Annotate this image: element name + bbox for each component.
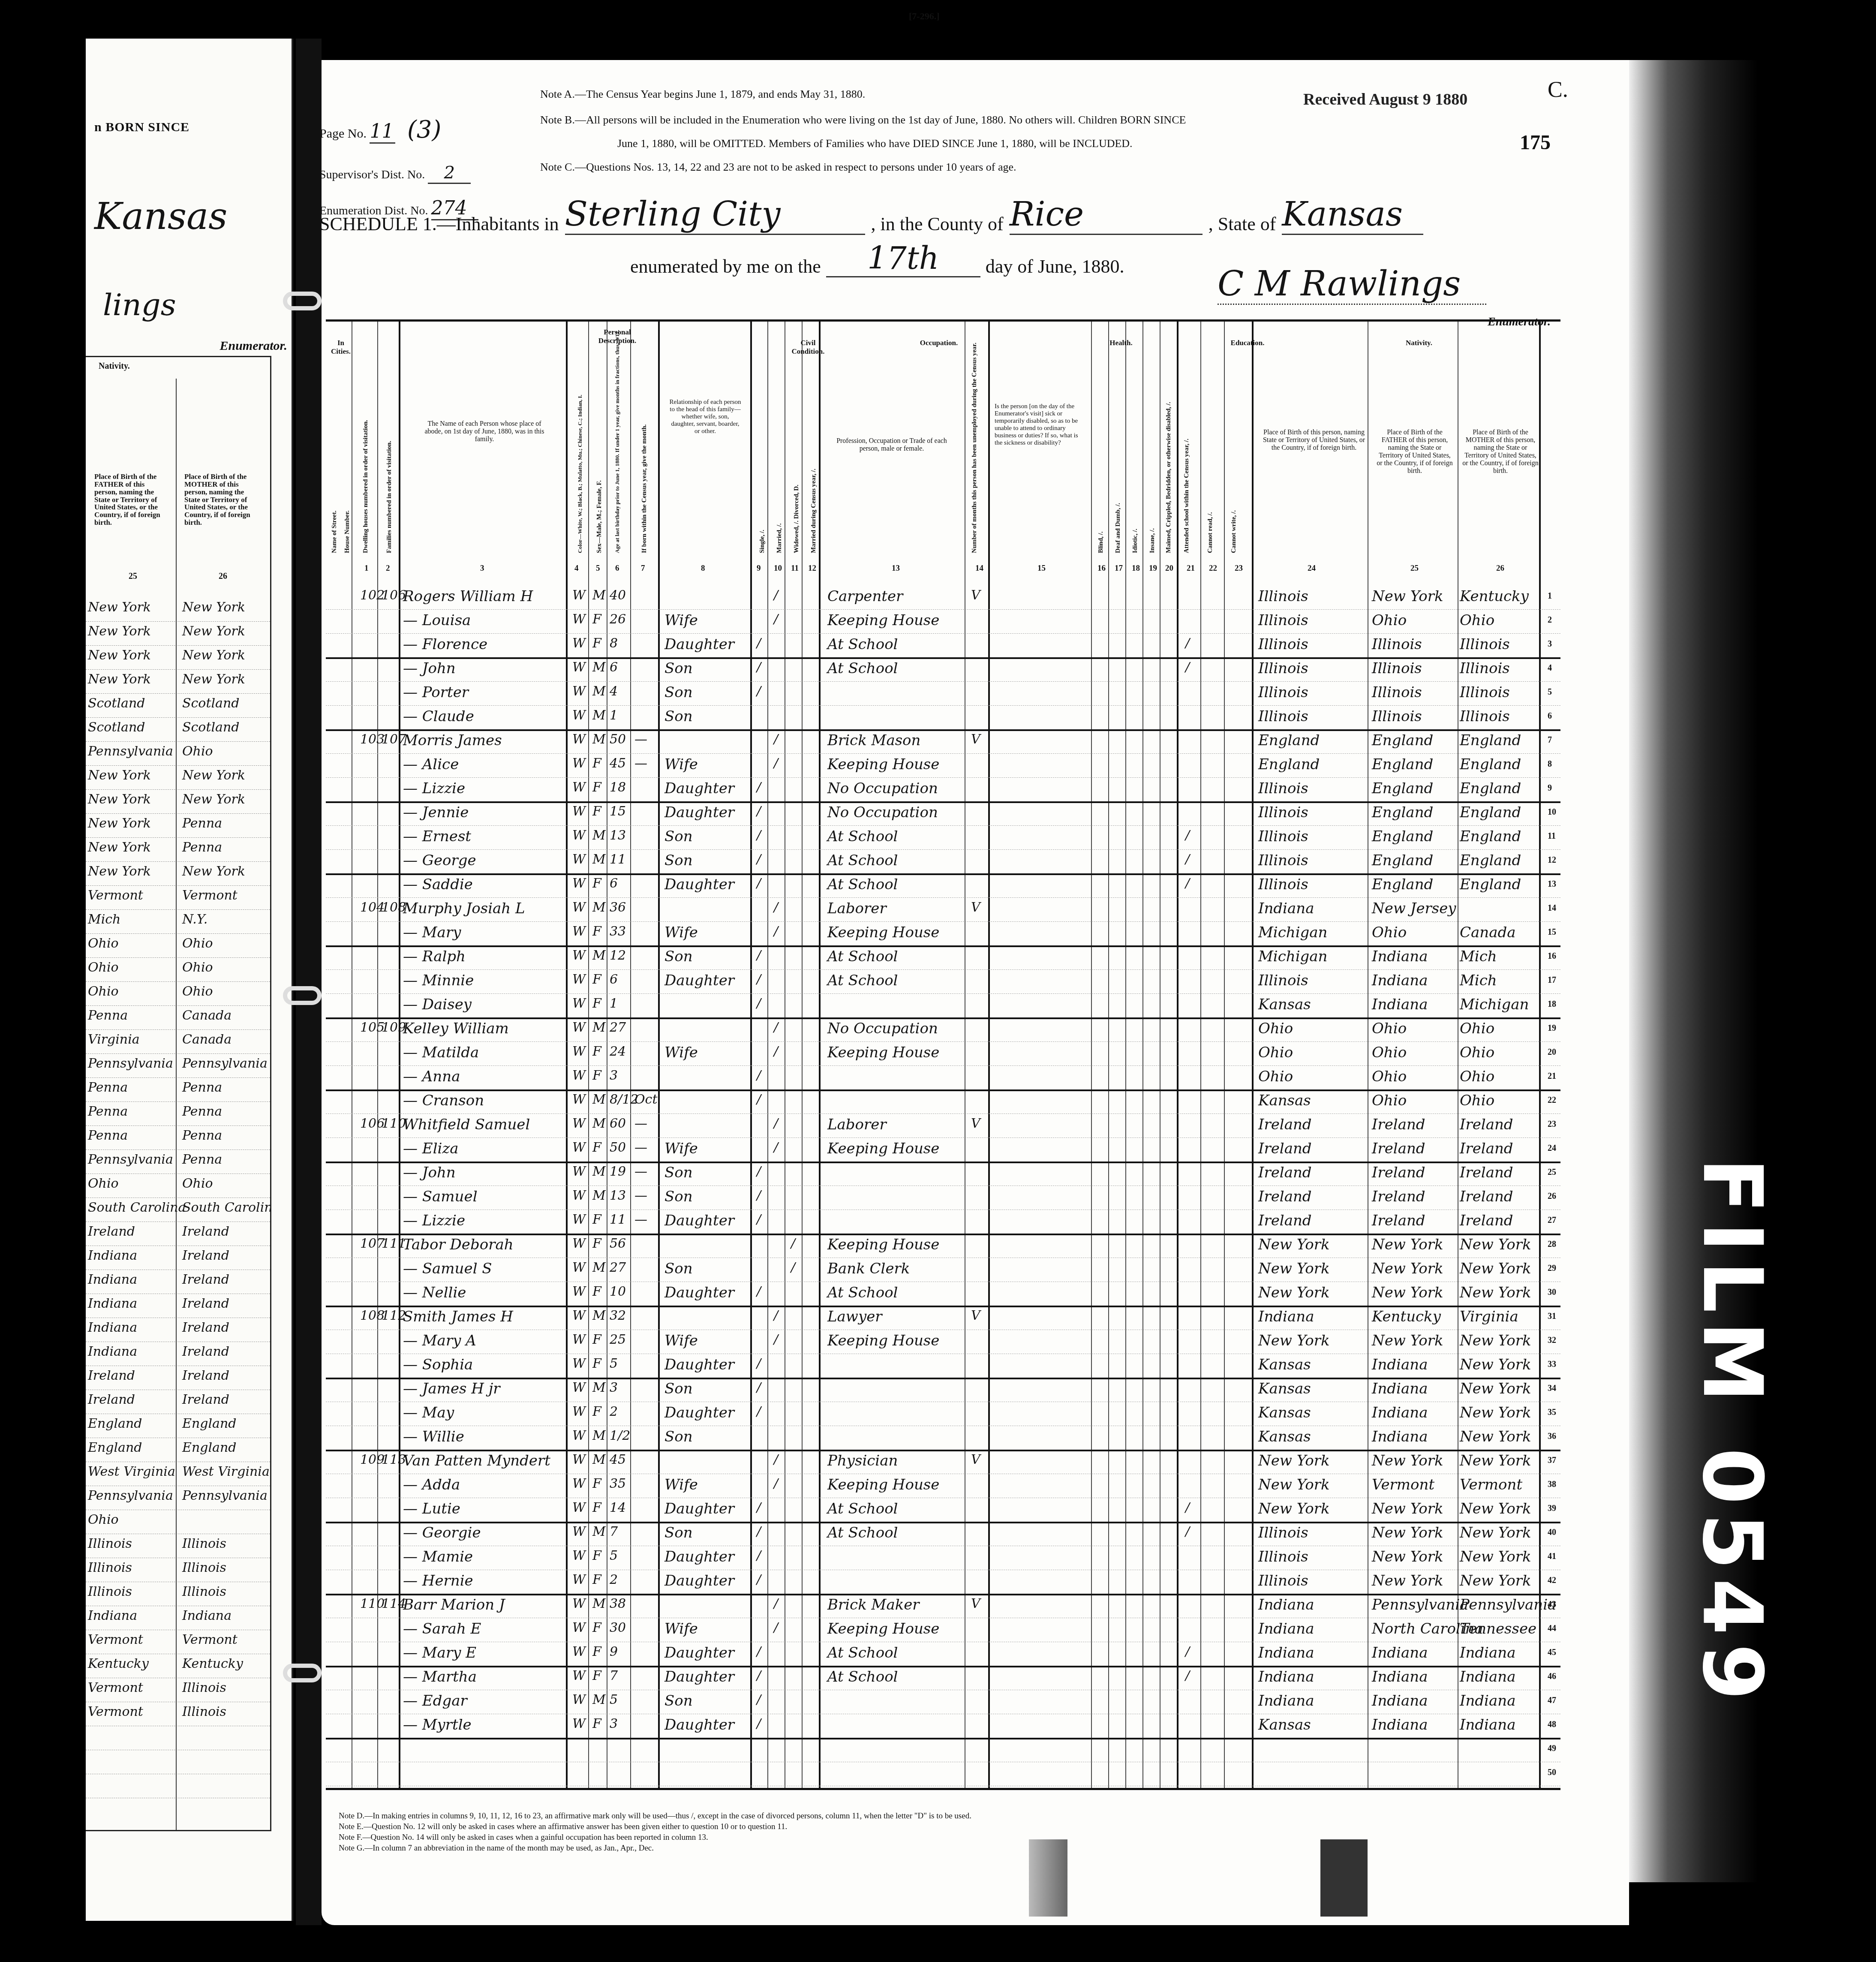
cell-sex: M [592,1308,606,1323]
film-artifact [1029,1839,1067,1917]
line-number: 10 [1548,807,1556,817]
cell-age: 1 [610,996,618,1011]
cell-occupation: At School [827,1668,898,1685]
cell-age: 27 [610,1020,626,1035]
column-number: 20 [1165,564,1173,573]
cell-school: / [1185,1524,1190,1539]
cell-married: / [774,924,778,939]
cell-mother-birth: Illinois [1460,660,1510,677]
cell-relation: Son [664,1164,693,1181]
left-table-row: KentuckyKentucky45 [86,1654,270,1678]
cell-birthplace: Illinois [1258,780,1308,797]
cell-age: 35 [610,1476,626,1491]
header-c10: Married, /. [776,484,783,553]
cell-sex: F [592,996,601,1011]
line-number: 36 [1548,1432,1556,1441]
cell-mother-birth: New York [1460,1548,1531,1565]
cell-mother-birth: Ireland [182,1296,229,1311]
cell-sex: F [592,1068,601,1083]
cell-relation: Daughter [664,1212,734,1229]
line-number: 27 [1548,1216,1556,1225]
received-stamp: Received August 9 1880 [1303,90,1467,109]
column-number: 1 [364,564,369,573]
cell-color: W [572,1116,586,1131]
cell-sex: F [592,1404,601,1419]
left-table-row: PennsylvaniaPenna24 [86,1150,270,1174]
cell-father-birth: Pennsylvania [1372,1596,1468,1613]
cell-father-birth: New York [88,840,151,855]
cell-age: 13 [610,828,626,843]
left-table-row: OhioOhio17 [86,981,270,1006]
cell-unemployed: V [971,1308,980,1323]
cell-name: Whitfield Samuel [403,1116,530,1133]
state-label: , State of [1209,213,1276,235]
table-row: 17— MinnieWF6Daughter/At SchoolIllinoisI… [326,969,1560,994]
cell-mother-birth: New York [182,864,245,879]
cell-married: / [774,900,778,915]
cell-name: — Matilda [403,1044,479,1061]
cell-birthplace: Indiana [1258,1596,1314,1613]
cell-occupation: At School [827,1500,898,1517]
cell-mother-birth: Ireland [182,1368,229,1383]
table-row: 38— AddaWF35Wife/Keeping HouseNew YorkVe… [326,1474,1560,1498]
page-no-label: Page No. [319,126,367,141]
cell-sex: F [592,1716,601,1731]
cell-sex: M [592,1380,606,1395]
cell-father-birth: New York [88,816,151,831]
cell-father-birth: Indiana [88,1272,137,1287]
cell-mother-birth: Ohio [1460,612,1494,629]
line-number: 7 [1548,735,1552,745]
header-c16: Blind, /. [1097,502,1105,553]
cell-widowed: / [791,1236,795,1251]
column-number: 10 [774,564,782,573]
page-no-alt: (3) [407,116,441,144]
left-table-row: PennsylvaniaOhio7 [86,741,270,766]
cell-sex: F [592,804,601,819]
line-number: 17 [1548,975,1556,985]
table-row: 42— HernieWF2Daughter/IllinoisNew YorkNe… [326,1570,1560,1595]
table-row: 14104108Murphy Josiah LWM36/LaborerVIndi… [326,897,1560,922]
cell-father-birth: Pennsylvania [88,1152,173,1167]
left-col25-num: 25 [129,572,137,581]
cell-name: Van Patten Myndert [403,1452,550,1469]
cell-relation: Son [664,1524,693,1541]
cell-birthplace: Ireland [1258,1140,1312,1157]
table-row: 33— SophiaWF5Daughter/KansasIndianaNew Y… [326,1354,1560,1379]
cell-father-birth: Penna [88,1080,128,1095]
left-col26-header: Place of Birth of the MOTHER of this per… [184,473,257,527]
cell-father-birth: New York [88,648,151,663]
cell-father-birth: Ohio [1372,612,1407,629]
cell-mother-birth: Ireland [1460,1140,1513,1157]
cell-father-birth: Ireland [1372,1212,1425,1229]
cell-color: W [572,1524,586,1539]
cell-mother-birth: Canada [182,1008,231,1023]
cell-school: / [1185,636,1190,651]
cell-married: / [774,1044,778,1059]
cell-birthplace: Illinois [1258,612,1308,629]
header-c5: Sex—Male, M.; Female, F. [596,399,603,553]
cell-name: — Cranson [403,1092,484,1109]
date-suffix: day of June, 1880. [986,256,1124,277]
cell-birthplace: Indiana [1258,1620,1314,1637]
cell-birthplace: England [1258,732,1320,749]
cell-single: / [757,636,761,651]
cell-age: 3 [610,1380,618,1395]
cell-color: W [572,900,586,915]
supervisor-field: Supervisor's Dist. No. 2 [319,163,471,184]
cell-month: — [634,756,647,771]
cell-single: / [757,948,761,963]
cell-name: — John [403,660,456,677]
cell-color: W [572,1284,586,1299]
cell-mother-birth: New York [182,624,245,639]
cell-sex: F [592,1140,601,1155]
cell-relation: Son [664,708,693,725]
cell-family: 112 [382,1308,406,1323]
line-number: 13 [1548,879,1556,889]
cell-mother-birth: England [1460,780,1521,797]
cell-name: — Hernie [403,1572,473,1589]
cell-sex: M [592,1260,606,1275]
cell-father-birth: Kentucky [88,1656,149,1671]
column-number: 17 [1115,564,1123,573]
cell-name: Barr Marion J [403,1596,505,1613]
table-row: 20— MatildaWF24Wife/Keeping HouseOhioOhi… [326,1041,1560,1066]
cell-mother-birth: New York [182,672,245,687]
cell-age: 15 [610,804,626,819]
cell-single: / [757,996,761,1011]
table-row: 34— James H jrWM3Son/KansasIndianaNew Yo… [326,1378,1560,1402]
cell-birthplace: Kansas [1258,1716,1311,1733]
cell-age: 5 [610,1692,618,1707]
group-education: Education. [1226,339,1269,347]
cell-age: 1/2 [610,1428,630,1443]
cell-month: — [634,1116,647,1131]
cell-father-birth: New York [88,792,151,807]
cell-mother-birth: Ireland [1460,1212,1513,1229]
cell-father-birth: Penna [88,1008,128,1023]
cell-married: / [774,612,778,627]
cell-name: — Eliza [403,1140,459,1157]
header-c6: Age at last birthday prior to June 1, 18… [614,360,621,553]
left-table-row: ScotlandScotland6 [86,717,270,742]
cell-married: / [774,732,778,747]
left-table-row: IllinoisIllinois42 [86,1582,270,1606]
cell-single: / [757,1716,761,1731]
cell-relation: Daughter [664,1404,734,1421]
table-row: 41— MamieWF5Daughter/IllinoisNew YorkNew… [326,1546,1560,1570]
cell-father-birth: England [1372,852,1433,869]
column-number: 8 [701,564,705,573]
cell-birthplace: Ohio [1258,1044,1293,1061]
left-table-row: MichN.Y.14 [86,909,270,934]
cell-unemployed: V [971,732,980,747]
cell-color: W [572,1404,586,1419]
cell-relation: Son [664,852,693,869]
cell-relation: Son [664,948,693,965]
cell-father-birth: New York [1372,588,1443,605]
cell-name: — Daisey [403,996,472,1013]
line-number: 20 [1548,1047,1556,1057]
cell-mother-birth: Scotland [182,720,239,735]
line-number: 42 [1548,1576,1556,1586]
cell-mother-birth: Virginia [1460,1308,1518,1325]
left-table-row: IllinoisIllinois41 [86,1558,270,1582]
cell-relation: Wife [664,612,698,629]
cell-sex: M [592,1596,606,1611]
cell-mother-birth: Ohio [1460,1068,1494,1085]
cell-month: Oct [634,1092,657,1107]
cell-name: — George [403,852,476,869]
table-row: 10— JennieWF15Daughter/No OccupationIlli… [326,801,1560,826]
cell-sex: F [592,612,601,627]
left-state-fragment: Kansas [94,195,227,238]
cell-father-birth: New York [1372,1524,1443,1541]
cell-color: W [572,1716,586,1731]
left-table-row: Ohio39 [86,1510,270,1534]
table-row: 7103107Morris JamesWM50—/Brick MasonVEng… [326,729,1560,754]
cell-single: / [757,1068,761,1083]
cell-mother-birth: New York [182,648,245,663]
cell-birthplace: Illinois [1258,1548,1308,1565]
cell-name: — Sarah E [403,1620,481,1637]
cell-age: 60 [610,1116,626,1131]
left-table-row: PennsylvaniaPennsylvania38 [86,1486,270,1510]
cell-color: W [572,1308,586,1323]
cell-relation: Daughter [664,780,734,797]
cell-relation: Wife [664,1476,698,1493]
cell-mother-birth: Indiana [1460,1692,1515,1709]
cell-married: / [774,1308,778,1323]
cell-father-birth: Indiana [1372,1644,1428,1661]
cell-age: 9 [610,1644,618,1659]
line-number: 40 [1548,1528,1556,1538]
left-table-row: EnglandEngland35 [86,1414,270,1438]
cell-color: W [572,852,586,867]
cell-mother-birth: New York [1460,1572,1531,1589]
header-c26: Place of Birth of the MOTHER of this per… [1462,429,1539,475]
left-table-row: OhioOhio15 [86,933,270,958]
cell-father-birth: Ohio [1372,1068,1407,1085]
cell-single: / [757,972,761,987]
cell-sex: F [592,780,601,795]
cell-father-birth: England [1372,732,1433,749]
cell-occupation: Keeping House [827,1476,939,1493]
cell-mother-birth: Ireland [1460,1116,1513,1133]
cell-father-birth: Penna [88,1104,128,1119]
cell-mother-birth: Kentucky [1460,588,1529,605]
cell-father-birth: Indiana [1372,1356,1428,1373]
cell-mother-birth: England [1460,852,1521,869]
cell-birthplace: New York [1258,1476,1330,1493]
cell-birthplace: Indiana [1258,1668,1314,1685]
cell-occupation: Carpenter [827,588,903,605]
cell-father-birth: Vermont [88,1704,143,1719]
cell-mother-birth: Penna [182,1152,222,1167]
cell-birthplace: Ohio [1258,1020,1293,1037]
supervisor-label: Supervisor's Dist. No. [319,168,425,181]
cell-father-birth: South Carolina [88,1200,186,1215]
note-a: Note A.—The Census Year begins June 1, 1… [540,88,865,101]
left-table-row: IndianaIreland31 [86,1318,270,1342]
cell-mother-birth: Penna [182,1080,222,1095]
left-table-row: VirginiaCanada19 [86,1029,270,1054]
cell-mother-birth: New York [1460,1524,1531,1541]
table-row: 48— MyrtleWF3Daughter/KansasIndianaIndia… [326,1714,1560,1739]
cell-single: / [757,1692,761,1707]
table-row: 11— ErnestWM13Son/At School/IllinoisEngl… [326,825,1560,850]
left-table-row: OhioOhio16 [86,957,270,982]
line-number: 35 [1548,1408,1556,1417]
cell-unemployed: V [971,588,980,603]
column-number: 14 [975,564,983,573]
table-row: 45— Mary EWF9Daughter/At School/IndianaI… [326,1642,1560,1667]
cell-father-birth: Ireland [1372,1164,1425,1181]
table-row: 46— MarthaWF7Daughter/At School/IndianaI… [326,1666,1560,1690]
cell-age: 2 [610,1572,618,1587]
line-number: 50 [1548,1768,1556,1778]
column-number: 25 [1410,564,1419,573]
cell-name: — Alice [403,756,459,773]
cell-occupation: At School [827,1284,898,1301]
cell-father-birth: Ireland [1372,1116,1425,1133]
cell-name: — Ralph [403,948,466,965]
left-table-row: IndianaIreland32 [86,1342,270,1366]
binding-ring [283,292,322,310]
header-c8: Relationship of each person to the head … [669,399,742,435]
left-table-row: EnglandEngland36 [86,1438,270,1462]
left-table-row: VermontIllinois46 [86,1678,270,1702]
cell-mother-birth: Illinois [1460,684,1510,701]
line-number: 1 [1548,591,1552,601]
table-row: 22— CransonWM8/12Oct/KansasOhioOhio [326,1089,1560,1114]
cell-occupation: No Occupation [827,804,938,821]
line-number: 34 [1548,1384,1556,1393]
cell-single: / [757,828,761,843]
left-table-row: VermontVermont13 [86,885,270,910]
cell-birthplace: Ireland [1258,1116,1312,1133]
cell-mother-birth: West Virginia [182,1464,270,1479]
cell-age: 8 [610,636,618,651]
column-number: 22 [1209,564,1217,573]
cell-mother-birth: Illinois [182,1560,226,1575]
cell-color: W [572,1260,586,1275]
header-c14: Number of months this person has been un… [971,360,978,553]
cell-color: W [572,732,586,747]
left-facing-page: n BORN SINCE Kansas lings Enumerator. Na… [86,39,293,1921]
column-number: 5 [596,564,600,573]
cell-name: — Florence [403,636,487,653]
cell-married: / [774,1332,778,1347]
cell-father-birth: Illinois [1372,684,1422,701]
cell-name: — Mary A [403,1332,476,1349]
header-c2: Families numbered in order of visitation… [386,364,393,553]
cell-sex: M [592,852,606,867]
cell-age: 12 [610,948,626,963]
line-number: 12 [1548,855,1556,865]
cell-married: / [774,1116,778,1131]
cell-age: 3 [610,1068,618,1083]
schedule-line: SCHEDULE 1.—Inhabitants in Sterling City… [319,195,1423,235]
cell-father-birth: Illinois [88,1584,132,1599]
cell-relation: Daughter [664,1572,734,1589]
cell-name: — Lizzie [403,780,465,797]
cell-occupation: Keeping House [827,1332,939,1349]
left-table-row: IndianaIndiana43 [86,1606,270,1630]
cell-mother-birth: Mich [1460,972,1497,989]
left-enumerator-label: Enumerator. [219,339,287,353]
cell-father-birth: New York [1372,1236,1443,1253]
left-table-row: VermontIllinois47 [86,1702,270,1726]
cell-occupation: Keeping House [827,612,939,629]
cell-relation: Wife [664,924,698,941]
table-row: 29— Samuel SWM27Son/Bank ClerkNew YorkNe… [326,1258,1560,1282]
cell-name: — May [403,1404,454,1421]
cell-name: — Lutie [403,1500,460,1517]
cell-birthplace: New York [1258,1260,1330,1277]
left-table-row: New YorkNew York12 [86,861,270,886]
cell-father-birth: Ohio [88,960,119,975]
line-number: 31 [1548,1312,1556,1321]
cell-father-birth: Indiana [1372,1428,1428,1445]
table-row: 18— DaiseyWF1/KansasIndianaMichigan [326,993,1560,1019]
line-number: 32 [1548,1336,1556,1345]
line-number: 19 [1548,1023,1556,1033]
table-row: 49 [326,1738,1560,1762]
cell-mother-birth: England [1460,876,1521,893]
cell-mother-birth: Penna [182,816,222,831]
left-table-row: New YorkNew York4 [86,669,270,694]
county-value: Rice [1010,195,1203,235]
table-row: 30— NellieWF10Daughter/At SchoolNew York… [326,1282,1560,1307]
table-row: 31108112Smith James HWM32/LawyerVIndiana… [326,1306,1560,1330]
cell-family: 113 [382,1452,406,1467]
cell-name: Morris James [403,732,502,749]
line-number: 4 [1548,663,1552,673]
cell-relation: Wife [664,1332,698,1349]
cell-age: 6 [610,972,618,987]
cell-age: 50 [610,732,626,747]
footnote-e: Note E.—Question No. 12 will only be ask… [339,1822,787,1832]
left-table-row: South CarolinaSouth Carolina26 [86,1198,270,1222]
cell-month: — [634,1140,647,1155]
cell-mother-birth: Kentucky [182,1656,243,1671]
cell-father-birth: Virginia [88,1032,140,1047]
cell-birthplace: Indiana [1258,900,1314,917]
cell-age: 6 [610,660,618,675]
cell-age: 7 [610,1668,618,1683]
cell-father-birth: England [1372,780,1433,797]
cell-mother-birth: N.Y. [182,912,207,927]
table-row: 44— Sarah EWF30Wife/Keeping HouseIndiana… [326,1618,1560,1642]
cell-color: W [572,1596,586,1611]
cell-mother-birth: Ireland [182,1248,229,1263]
header-c3: The Name of each Person whose place of a… [420,420,549,443]
cell-relation: Son [664,660,693,677]
cell-school: / [1185,1500,1190,1515]
column-number: 21 [1187,564,1195,573]
line-number: 37 [1548,1456,1556,1465]
cell-sex: M [592,684,606,699]
cell-mother-birth: New York [1460,1404,1531,1421]
cell-father-birth: Illinois [1372,708,1422,725]
line-number: 46 [1548,1672,1556,1682]
line-number: 22 [1548,1095,1556,1105]
census-table: In Cities. Personal Description. Civil C… [326,319,1560,1790]
cell-mother-birth: England [182,1416,236,1431]
